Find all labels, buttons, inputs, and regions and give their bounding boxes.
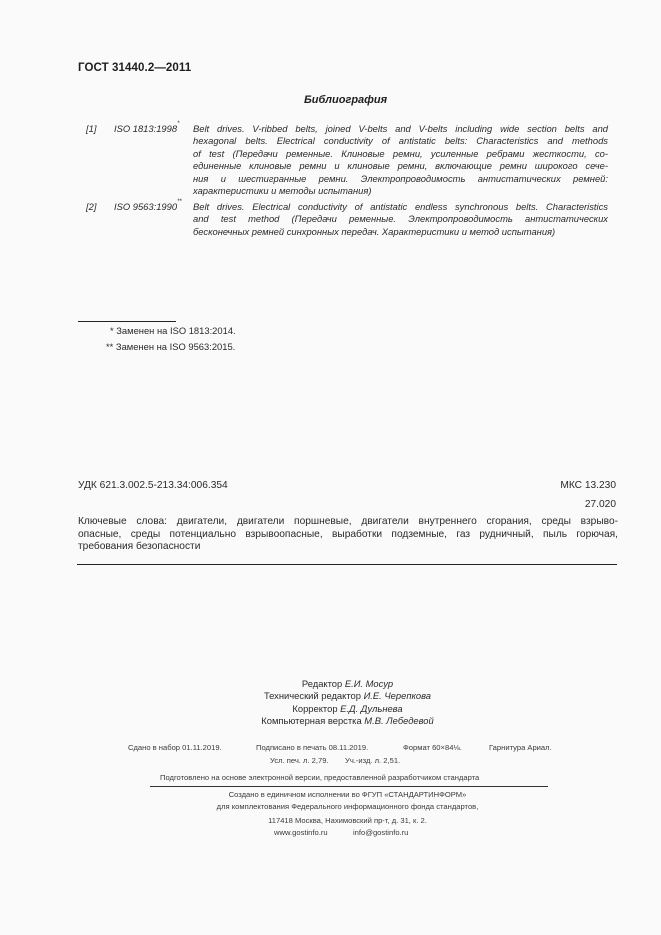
credit-layout: Компьютерная верстка М.В. Лебедевой [34,715,661,727]
footnote-divider [78,321,176,322]
credit-proofreader: Корректор Е.Д. Дульнева [34,703,661,715]
keywords-line: опасные, среды потенциально взрывоопасны… [78,529,618,542]
credit-name: Е.Д. Дульнева [340,703,402,714]
prepared-note: Подготовлено на основе электронной верси… [160,773,479,782]
credit-name: И.Е. Черепкова [364,690,431,701]
publish-sheets: Уч.-изд. л. 2,51. [345,756,400,765]
credits-block: Редактор Е.И. Мосур Технический редактор… [0,678,661,728]
text-line: of test (Передачи ременные. Клиновые рем… [193,148,608,160]
publisher-line-1: Создано в единичном исполнении во ФГУП «… [0,790,661,799]
text-line: and test method (Передачи ременные. Элек… [193,213,608,225]
credit-tech-editor: Технический редактор И.Е. Черепкова [34,690,661,702]
print-format: Формат 60×84⅛. [403,743,462,752]
print-sheets: Усл. печ. л. 2,79. [270,756,329,765]
publisher-email[interactable]: info@gostinfo.ru [353,828,408,837]
publisher-line-2: для комплектования Федерального информац… [0,802,661,811]
text-line: единенные клиновые ремни и клиновые ремн… [193,160,608,172]
section-title: Библиография [304,94,387,106]
entry-number: [1] [86,123,96,134]
entry-number: [2] [86,201,96,212]
standard-code: ISO 9563:1990 [114,201,177,212]
publisher-divider [150,786,548,787]
text-line: бесконечных ремней синхронных передач. Х… [193,226,608,238]
standard-code: ISO 1813:1998 [114,123,177,134]
text-line: ния и шестигранные ремни. Электропроводи… [193,173,608,185]
publisher-address: 117418 Москва, Нахимовский пр-т, д. 31, … [0,816,661,825]
udk-code: УДК 621.3.002.5-213.34:006.354 [78,480,228,491]
keywords-line: требования безопасности [78,541,618,554]
entry-description: Belt drives. V-ribbed belts, joined V-be… [193,123,608,197]
mks-code: МКС 13.230 [560,480,616,491]
credit-role: Корректор [292,703,337,714]
section-divider [77,564,617,565]
credit-role: Компьютерная верстка [261,715,361,726]
footnote-mark: ** [177,199,182,205]
mks-code-secondary: 27.020 [585,499,616,510]
typeset-date: Сдано в набор 01.11.2019. [128,743,222,752]
text-line: Belt drives. Electrical conductivity of … [193,201,608,213]
text-line: hexagonal belts. Electrical conductivity… [193,135,608,147]
credit-name: М.В. Лебедевой [364,715,433,726]
keywords-line: Ключевые слова: двигатели, двигатели пор… [78,516,618,529]
footnote-1: * Заменен на ISO 1813:2014. [110,325,236,336]
typeface: Гарнитура Ариал. [489,743,552,752]
credit-role: Технический редактор [264,690,361,701]
text-line: характеристики и методы испытания) [193,185,608,197]
credit-editor: Редактор Е.И. Мосур [34,678,661,690]
credit-role: Редактор [302,678,342,689]
keywords: Ключевые слова: двигатели, двигатели пор… [78,516,618,554]
entry-description: Belt drives. Electrical conductivity of … [193,201,608,238]
signed-date: Подписано в печать 08.11.2019. [256,743,368,752]
entry-standard: ISO 1813:1998* [114,123,179,134]
footnote-2: ** Заменен на ISO 9563:2015. [106,341,235,352]
text-line: Belt drives. V-ribbed belts, joined V-be… [193,123,608,135]
credit-name: Е.И. Мосур [345,678,393,689]
publisher-website[interactable]: www.gostinfo.ru [274,828,328,837]
document-code: ГОСТ 31440.2—2011 [78,62,191,74]
entry-standard: ISO 9563:1990** [114,201,182,212]
footnote-mark: * [177,121,179,127]
